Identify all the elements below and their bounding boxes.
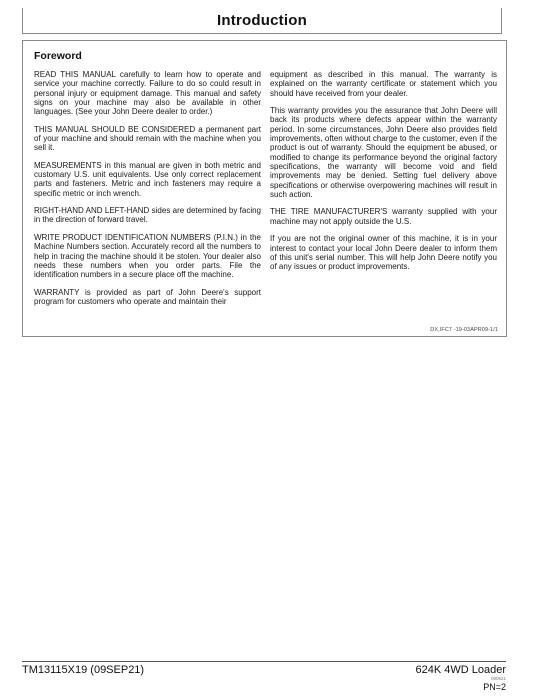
paragraph: If you are not the original owner of thi…: [270, 234, 497, 271]
left-column: READ THIS MANUAL carefully to learn how …: [34, 70, 261, 314]
section-heading: Foreword: [34, 50, 506, 62]
foreword-section: Foreword READ THIS MANUAL carefully to l…: [22, 40, 507, 337]
footer-page-number: PN=2: [483, 682, 506, 692]
footer-divider: [22, 661, 506, 662]
paragraph: This warranty provides you the assurance…: [270, 106, 497, 199]
two-column-text: READ THIS MANUAL carefully to learn how …: [23, 70, 506, 314]
document-code: DX,IFC7 -19-03APR09-1/1: [430, 327, 498, 333]
paragraph: RIGHT-HAND AND LEFT-HAND sides are deter…: [34, 206, 261, 225]
footer-date-code: 090921: [491, 676, 506, 681]
paragraph: THIS MANUAL SHOULD BE CONSIDERED a perma…: [34, 125, 261, 153]
footer-machine-model: 624K 4WD Loader: [416, 664, 507, 676]
footer-manual-number: TM13115X19 (09SEP21): [22, 664, 144, 676]
page-title: Introduction: [217, 12, 307, 29]
paragraph: equipment as described in this manual. T…: [270, 70, 497, 98]
paragraph: MEASUREMENTS in this manual are given in…: [34, 161, 261, 198]
page-title-box: Introduction: [22, 8, 502, 34]
paragraph: WRITE PRODUCT IDENTIFICATION NUMBERS (P.…: [34, 233, 261, 280]
paragraph: READ THIS MANUAL carefully to learn how …: [34, 70, 261, 117]
paragraph: WARRANTY is provided as part of John Dee…: [34, 288, 261, 307]
paragraph: THE TIRE MANUFACTURER'S warranty supplie…: [270, 207, 497, 226]
right-column: equipment as described in this manual. T…: [270, 70, 497, 314]
